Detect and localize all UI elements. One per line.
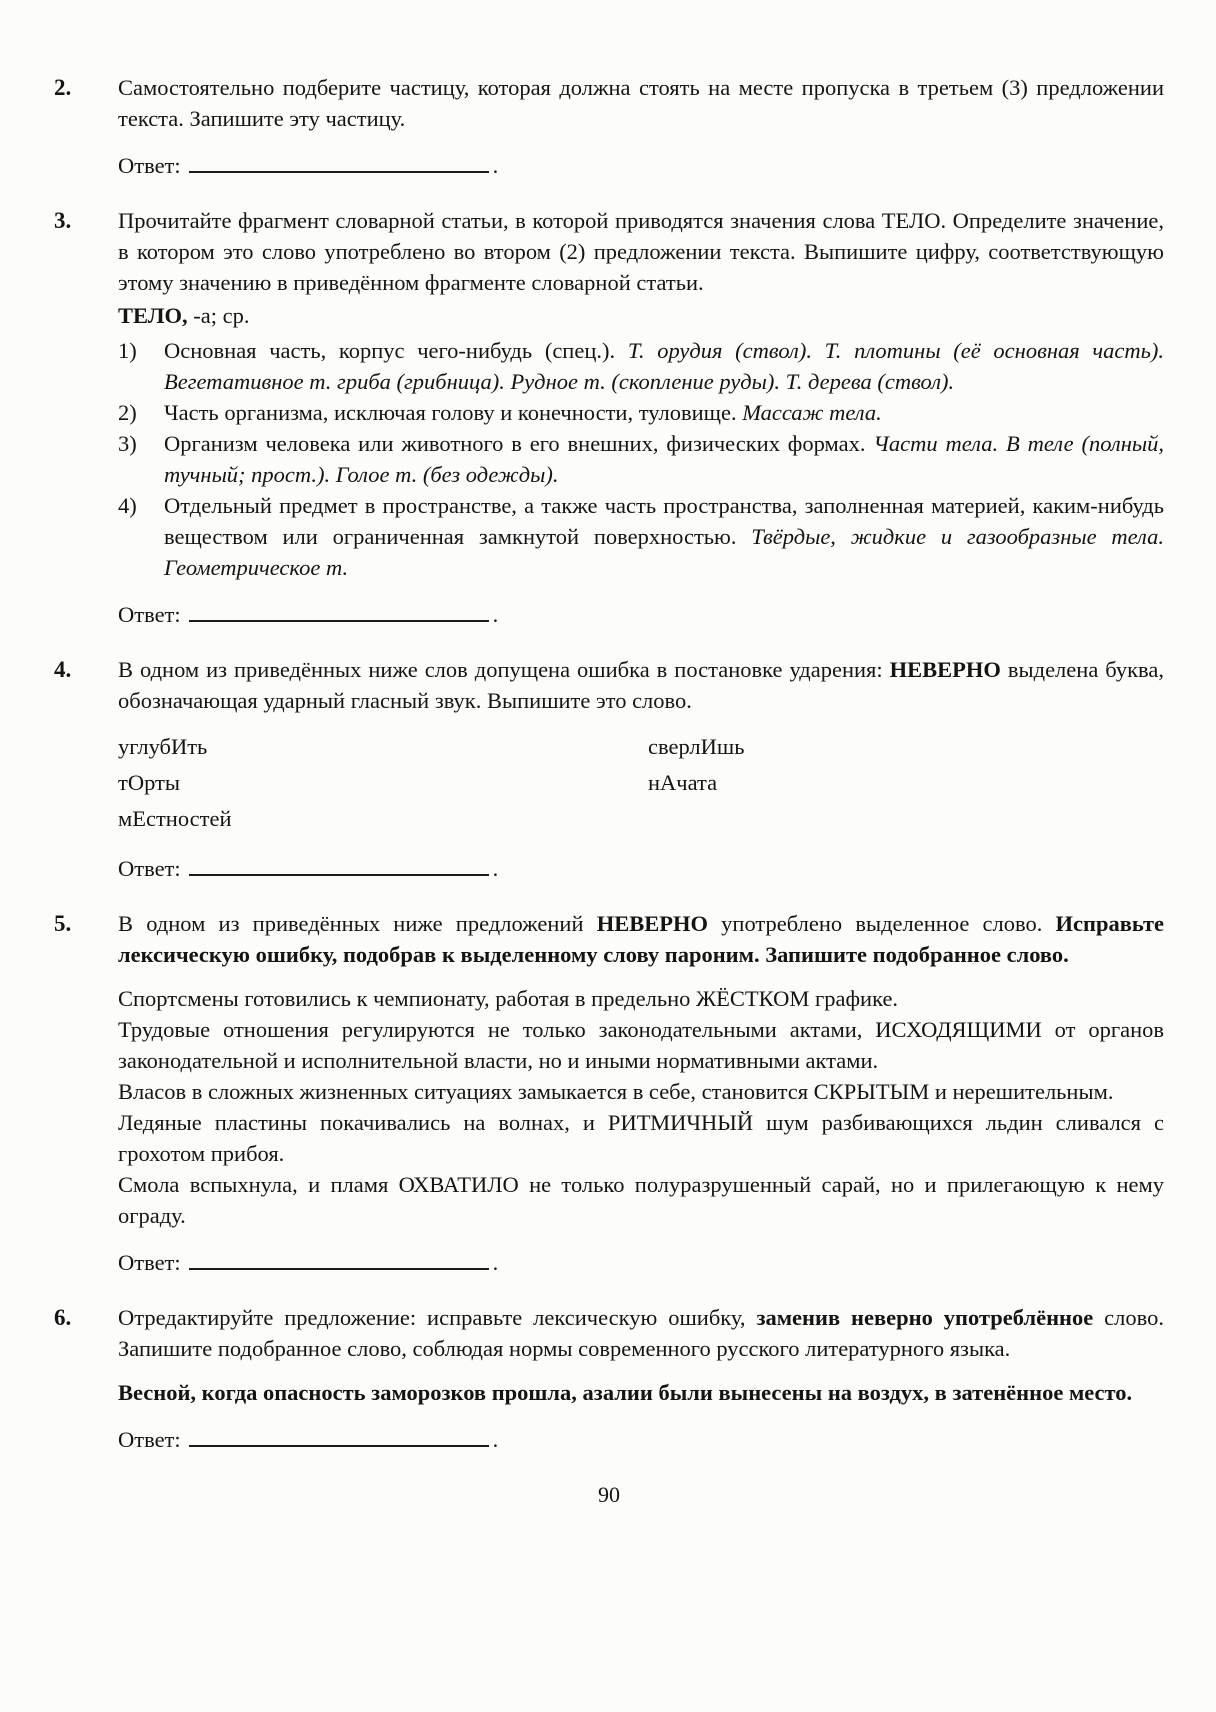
accent-word: сверлИшь [648,729,1164,765]
task-4-text: В одном из приведённых ниже слов допущен… [118,654,1164,716]
sense-3-definition: Организм человека или животного в его вн… [164,431,873,456]
dictionary-entry: ТЕЛО, -а; ср. 1) Основная часть, корпус … [118,300,1164,583]
dictionary-headword-line: ТЕЛО, -а; ср. [118,300,1164,331]
task-5-text: В одном из приведённых ниже предложений … [118,908,1164,970]
answer-label: Ответ: [118,856,181,881]
answer-period: . [493,1250,499,1275]
task-5-body: В одном из приведённых ниже предложений … [118,908,1164,1282]
answer-label: Ответ: [118,1250,181,1275]
task-2-number: 2. [54,72,118,185]
sentence: Смола вспыхнула, и пламя ОХВАТИЛО не тол… [118,1169,1164,1231]
accent-words-right-column: сверлИшь нАчата [648,729,1164,837]
sense-2-examples: Массаж тела. [742,400,882,425]
sense-2-definition: Часть организма, исключая голову и конеч… [164,400,742,425]
answer-label: Ответ: [118,602,181,627]
task-6-answer-row: Ответ:. [118,1423,1164,1455]
task-6-text-emphasis: заменив неверно употреблённое [756,1305,1093,1330]
task-3: 3. Прочитайте фрагмент словарной статьи,… [54,205,1164,634]
answer-period: . [493,153,499,178]
sentence: Ледяные пластины покачивались на волнах,… [118,1107,1164,1169]
task-6-sentence: Весной, когда опасность заморозков прошл… [118,1377,1164,1408]
task-4-text-before: В одном из приведённых ниже слов допущен… [118,657,890,682]
answer-label: Ответ: [118,153,181,178]
answer-label: Ответ: [118,1427,181,1452]
task-5-text-emphasis: НЕВЕРНО [597,911,708,936]
answer-blank-line [189,852,489,876]
dictionary-headword: ТЕЛО, [118,303,188,328]
accent-words: углубИть тОрты мЕстностей сверлИшь нАчат… [118,729,1164,837]
task-6-number: 6. [54,1302,118,1459]
sense-2-text: Часть организма, исключая голову и конеч… [164,397,1164,428]
task-5-text-mid: употреблено выделенное слово. [708,911,1056,936]
task-4: 4. В одном из приведённых ниже слов допу… [54,654,1164,888]
task-2-text: Самостоятельно подберите частицу, котора… [118,72,1164,134]
task-6-text: Отредактируйте предложение: исправьте ле… [118,1302,1164,1364]
accent-word: нАчата [648,765,1164,801]
dictionary-sense-4: 4) Отдельный предмет в пространстве, а т… [118,490,1164,583]
task-3-body: Прочитайте фрагмент словарной статьи, в … [118,205,1164,634]
dictionary-sense-2: 2) Часть организма, исключая голову и ко… [118,397,1164,428]
page-number: 90 [54,1479,1164,1510]
task-6-body: Отредактируйте предложение: исправьте ле… [118,1302,1164,1459]
accent-word: мЕстностей [118,801,648,837]
task-5-text-before: В одном из приведённых ниже предложений [118,911,597,936]
task-4-body: В одном из приведённых ниже слов допущен… [118,654,1164,888]
sense-3-text: Организм человека или животного в его вн… [164,428,1164,490]
task-6: 6. Отредактируйте предложение: исправьте… [54,1302,1164,1459]
dictionary-sense-1: 1) Основная часть, корпус чего-нибудь (с… [118,335,1164,397]
answer-period: . [493,856,499,881]
answer-blank-line [189,598,489,622]
sentence: Спортсмены готовились к чемпионату, рабо… [118,983,1164,1014]
sense-2-number: 2) [118,397,164,428]
answer-blank-line [189,1246,489,1270]
sense-3-number: 3) [118,428,164,490]
dictionary-grammar: -а; ср. [188,303,250,328]
task-4-answer-row: Ответ:. [118,852,1164,884]
task-3-text: Прочитайте фрагмент словарной статьи, в … [118,205,1164,298]
task-3-number: 3. [54,205,118,634]
task-2-body: Самостоятельно подберите частицу, котора… [118,72,1164,185]
task-4-number: 4. [54,654,118,888]
task-5-answer-row: Ответ:. [118,1246,1164,1278]
accent-words-left-column: углубИть тОрты мЕстностей [118,729,648,837]
answer-period: . [493,1427,499,1452]
answer-blank-line [189,149,489,173]
task-2-answer-row: Ответ:. [118,149,1164,181]
task-2: 2. Самостоятельно подберите частицу, кот… [54,72,1164,185]
sense-4-number: 4) [118,490,164,583]
accent-word: тОрты [118,765,648,801]
answer-period: . [493,602,499,627]
task-5-number: 5. [54,908,118,1282]
task-5-sentences: Спортсмены готовились к чемпионату, рабо… [118,983,1164,1231]
dictionary-sense-3: 3) Организм человека или животного в его… [118,428,1164,490]
accent-word: углубИть [118,729,648,765]
sense-4-text: Отдельный предмет в пространстве, а такж… [164,490,1164,583]
exam-page: 2. Самостоятельно подберите частицу, кот… [0,0,1216,1712]
sense-1-number: 1) [118,335,164,397]
sense-1-text: Основная часть, корпус чего-нибудь (спец… [164,335,1164,397]
task-6-text-before: Отредактируйте предложение: исправьте ле… [118,1305,756,1330]
sense-1-definition: Основная часть, корпус чего-нибудь (спец… [164,338,628,363]
answer-blank-line [189,1423,489,1447]
task-4-text-emphasis: НЕВЕРНО [890,657,1001,682]
task-5: 5. В одном из приведённых ниже предложен… [54,908,1164,1282]
task-3-answer-row: Ответ:. [118,598,1164,630]
sentence: Власов в сложных жизненных ситуациях зам… [118,1076,1164,1107]
sentence: Трудовые отношения регулируются не тольк… [118,1014,1164,1076]
